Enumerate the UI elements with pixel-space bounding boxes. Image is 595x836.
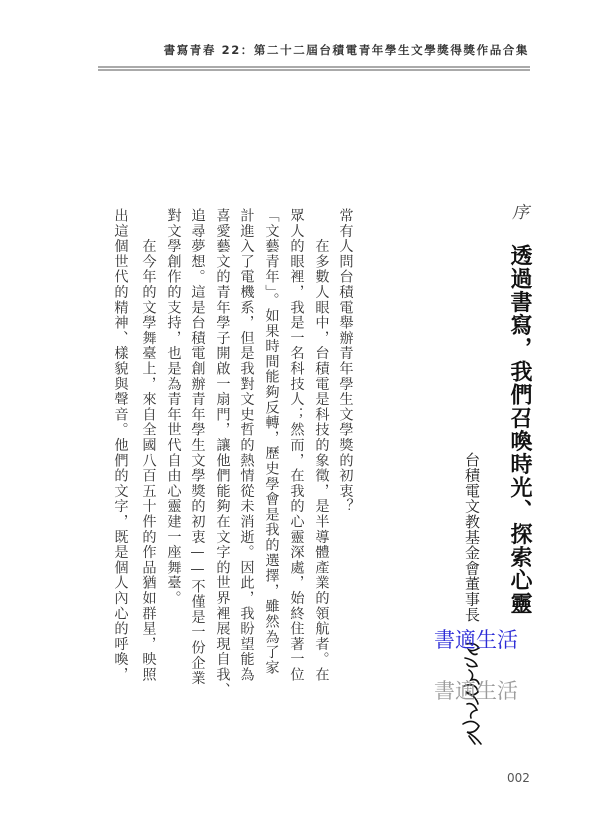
body-column: 眾人的眼裡，我是一名科技人；然而，在我的心靈深處，始終住著一位 (284, 208, 309, 682)
author-title: 台積電文教基金會董事長 (462, 452, 483, 623)
body-column: 在多數人眼中，台積電是科技的象徵，是半導體產業的領航者。在 (309, 208, 334, 682)
body-column: 喜愛藝文的青年學子開啟一扇門，讓他們能夠在文字的世界裡展現自我、 (210, 208, 235, 698)
body-column: 計進入了電機系，但是我對文史哲的熱情從未消逝。因此，我盼望能為 (234, 208, 259, 682)
header-double-rule (98, 66, 530, 71)
body-column: 常有人問台積電舉辦青年學生文學獎的初衷？ (333, 208, 358, 514)
body-column: 對文學創作的支持，也是為青年世代自由心靈建一座舞臺。 (161, 208, 186, 606)
page-number: 002 (507, 771, 530, 785)
body-column: 「文藝青年」。如果時間能夠反轉，歷史學會是我的選擇，雖然為了家 (259, 208, 284, 675)
preface-title: 透過書寫，我們召喚時光、探索心靈 (504, 244, 535, 615)
body-column: 追尋夢想。這是台積電創辦青年學生文學獎的初衷——不僅是一份企業 (185, 208, 210, 686)
body-column: 出這個世代的精神、樣貌與聲音。他們的文字，既是個人內心的呼喚， (108, 208, 133, 682)
body-column: 在今年的文學舞臺上，來自全國八百五十件的作品猶如群星，映照 (136, 208, 161, 682)
watermark-blue: 書適生活 (434, 624, 518, 654)
watermark-gray: 書適生活 (434, 675, 518, 705)
preface-label: 序 (506, 203, 531, 220)
running-header-title: 書寫青春 22：第二十二屆台積電青年學生文學獎得獎作品合集 (164, 42, 529, 58)
